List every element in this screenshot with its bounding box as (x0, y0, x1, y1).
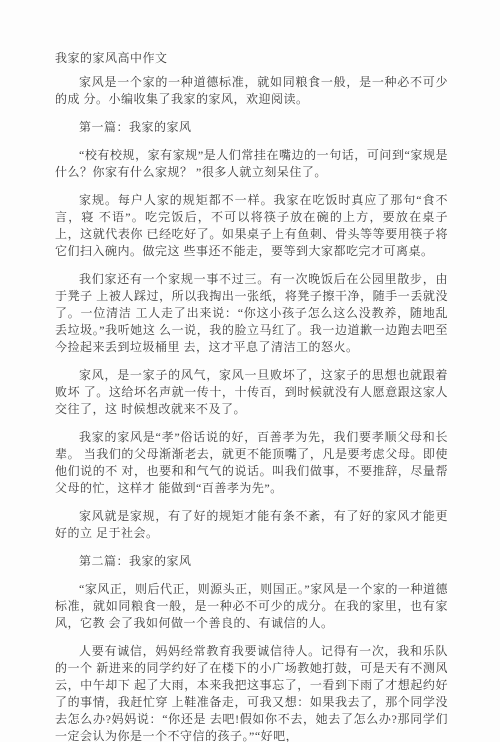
paragraph: 家风，是一家子的风气，家风一旦败坏了，这家子的思想也就跟着败坏 了。这给坏名声就… (55, 367, 448, 418)
paragraph: 我们家还有一个家规一事不过三。有一次晚饭后在公园里散步，由于凳子 上被人踩过，所… (55, 271, 448, 356)
paragraph: 我家的家风是“孝”俗话说的好，百善孝为先，我们要孝顺父母和长辈。 当我们的父母渐… (55, 429, 448, 497)
paragraph: “校有校规，家有家规”是人们常挂在嘴边的一句话，可问到“家规是什么？你家有什么家… (55, 147, 448, 181)
paragraph: 人要有诚信，妈妈经常教育我要诚信待人。记得有一次，我和乐队的一个 新进来的同学约… (55, 643, 448, 742)
document-page: 我家的家风高中作文 家风是一个家的一种道德标准，就如同粮食一般，是一种必不可少的… (0, 0, 500, 742)
paragraph: 家风就是家规，有了好的规矩才能有条不紊，有了好的家风才能更好的立 足于社会。 (55, 508, 448, 542)
paragraph: “家风正，则后代正，则源头正，则国正。”家风是一个家的一种道德标准，就如同粮食一… (55, 581, 448, 632)
paragraph-intro: 家风是一个家的一种道德标准，就如同粮食一般，是一种必不可少的成 分。小编收集了我… (55, 74, 448, 108)
section-heading-part1: 第一篇：我家的家风 (55, 119, 448, 136)
document-title: 我家的家风高中作文 (55, 50, 448, 67)
paragraph: 家规。每户人家的规矩都不一样。我家在吃饭时真应了那句“食不言，寝 不语”。吃完饭… (55, 192, 448, 260)
section-heading-part2: 第二篇：我家的家风 (55, 553, 448, 570)
